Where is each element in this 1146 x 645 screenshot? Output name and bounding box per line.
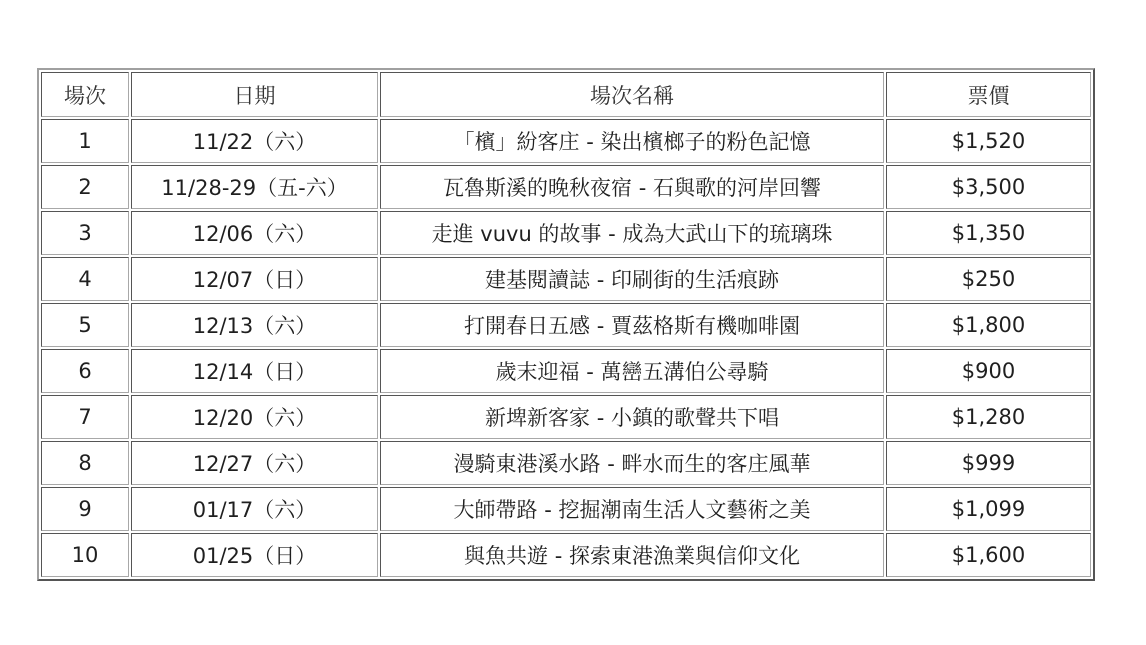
header-session-number: 場次 [41,72,129,117]
cell-date: 01/17（六） [131,487,378,531]
cell-ticket-price: $900 [886,349,1091,393]
cell-ticket-price: $1,099 [886,487,1091,531]
cell-session-name: 漫騎東港溪水路 - 畔水而生的客庄風華 [380,441,884,485]
table-row: 9 01/17（六） 大師帶路 - 挖掘潮南生活人文藝術之美 $1,099 [41,487,1091,531]
cell-ticket-price: $3,500 [886,165,1091,209]
cell-session-number: 6 [41,349,129,393]
cell-date: 12/20（六） [131,395,378,439]
cell-date: 12/07（日） [131,257,378,301]
cell-session-name: 瓦魯斯溪的晚秋夜宿 - 石與歌的河岸回響 [380,165,884,209]
cell-date: 12/14（日） [131,349,378,393]
cell-session-number: 9 [41,487,129,531]
cell-session-name: 打開春日五感 - 賈茲格斯有機咖啡園 [380,303,884,347]
cell-session-number: 7 [41,395,129,439]
cell-session-number: 5 [41,303,129,347]
cell-ticket-price: $1,280 [886,395,1091,439]
cell-ticket-price: $250 [886,257,1091,301]
table-row: 1 11/22（六） 「檳」紛客庄 - 染出檳榔子的粉色記憶 $1,520 [41,119,1091,163]
cell-session-name: 與魚共遊 - 探索東港漁業與信仰文化 [380,533,884,577]
cell-session-number: 1 [41,119,129,163]
table-row: 3 12/06（六） 走進 vuvu 的故事 - 成為大武山下的琉璃珠 $1,3… [41,211,1091,255]
schedule-table: 場次 日期 場次名稱 票價 1 11/22（六） 「檳」紛客庄 - 染出檳榔子的… [37,68,1095,581]
cell-date: 01/25（日） [131,533,378,577]
header-date: 日期 [131,72,378,117]
cell-session-name: 「檳」紛客庄 - 染出檳榔子的粉色記憶 [380,119,884,163]
header-session-name: 場次名稱 [380,72,884,117]
cell-session-number: 8 [41,441,129,485]
cell-session-number: 10 [41,533,129,577]
table-row: 7 12/20（六） 新埤新客家 - 小鎮的歌聲共下唱 $1,280 [41,395,1091,439]
cell-date: 12/27（六） [131,441,378,485]
table-row: 4 12/07（日） 建基閱讀誌 - 印刷街的生活痕跡 $250 [41,257,1091,301]
schedule-table-container: 場次 日期 場次名稱 票價 1 11/22（六） 「檳」紛客庄 - 染出檳榔子的… [37,68,1093,581]
table-row: 10 01/25（日） 與魚共遊 - 探索東港漁業與信仰文化 $1,600 [41,533,1091,577]
cell-date: 12/13（六） [131,303,378,347]
table-row: 5 12/13（六） 打開春日五感 - 賈茲格斯有機咖啡園 $1,800 [41,303,1091,347]
cell-ticket-price: $999 [886,441,1091,485]
table-row: 2 11/28-29（五-六） 瓦魯斯溪的晚秋夜宿 - 石與歌的河岸回響 $3,… [41,165,1091,209]
cell-ticket-price: $1,600 [886,533,1091,577]
cell-date: 12/06（六） [131,211,378,255]
cell-session-number: 4 [41,257,129,301]
table-row: 8 12/27（六） 漫騎東港溪水路 - 畔水而生的客庄風華 $999 [41,441,1091,485]
cell-session-name: 走進 vuvu 的故事 - 成為大武山下的琉璃珠 [380,211,884,255]
cell-date: 11/28-29（五-六） [131,165,378,209]
cell-ticket-price: $1,520 [886,119,1091,163]
header-ticket-price: 票價 [886,72,1091,117]
cell-session-name: 歲末迎福 - 萬巒五溝伯公尋騎 [380,349,884,393]
cell-ticket-price: $1,800 [886,303,1091,347]
cell-session-name: 大師帶路 - 挖掘潮南生活人文藝術之美 [380,487,884,531]
cell-ticket-price: $1,350 [886,211,1091,255]
cell-session-number: 2 [41,165,129,209]
cell-session-name: 新埤新客家 - 小鎮的歌聲共下唱 [380,395,884,439]
cell-session-name: 建基閱讀誌 - 印刷街的生活痕跡 [380,257,884,301]
table-header-row: 場次 日期 場次名稱 票價 [41,72,1091,117]
cell-date: 11/22（六） [131,119,378,163]
table-row: 6 12/14（日） 歲末迎福 - 萬巒五溝伯公尋騎 $900 [41,349,1091,393]
cell-session-number: 3 [41,211,129,255]
